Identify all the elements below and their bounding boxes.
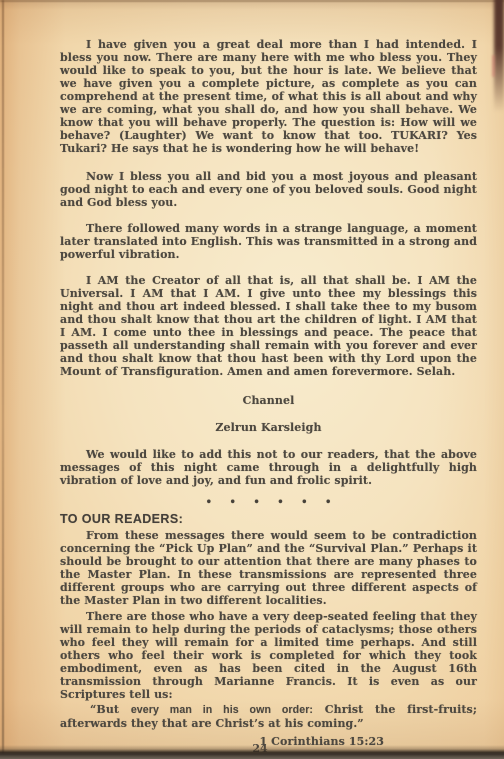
scripture-quote: “But every man in his own order: Christ … <box>60 703 477 730</box>
scanned-book-page: I have given you a great deal more than … <box>0 0 504 759</box>
scan-left-edge-line <box>2 0 4 759</box>
channel-label: Channel <box>60 394 477 407</box>
scan-artifact-mark <box>492 55 495 77</box>
scripture-quote-emphasis: every man in his own order: <box>131 704 313 716</box>
paragraph-i-am-message: I AM the Creator of all that is, all tha… <box>60 274 477 378</box>
page-text-block: I have given you a great deal more than … <box>60 38 477 748</box>
paragraph-contradiction: From these messages there would seem to … <box>60 529 477 607</box>
to-our-readers-heading: TO OUR READERS: <box>60 513 477 526</box>
bottom-scan-shadow-band <box>0 745 504 759</box>
top-right-corner-shadow <box>494 0 504 112</box>
scripture-quote-open: “But <box>90 703 131 716</box>
paragraph-those-who: There are those who have a very deep-sea… <box>60 610 477 701</box>
paragraph-blessing: Now I bless you all and bid you a most j… <box>60 170 477 209</box>
paragraph-readers-note: We would like to add this not to our rea… <box>60 448 477 487</box>
paragraph-intro: I have given you a great deal more than … <box>60 38 477 155</box>
section-separator-dots: • • • • • • <box>60 496 477 509</box>
channel-name: Zelrun Karsleigh <box>60 421 477 434</box>
paragraph-strange-language: There followed many words in a strange l… <box>60 222 477 261</box>
scan-top-edge-line <box>0 0 504 2</box>
